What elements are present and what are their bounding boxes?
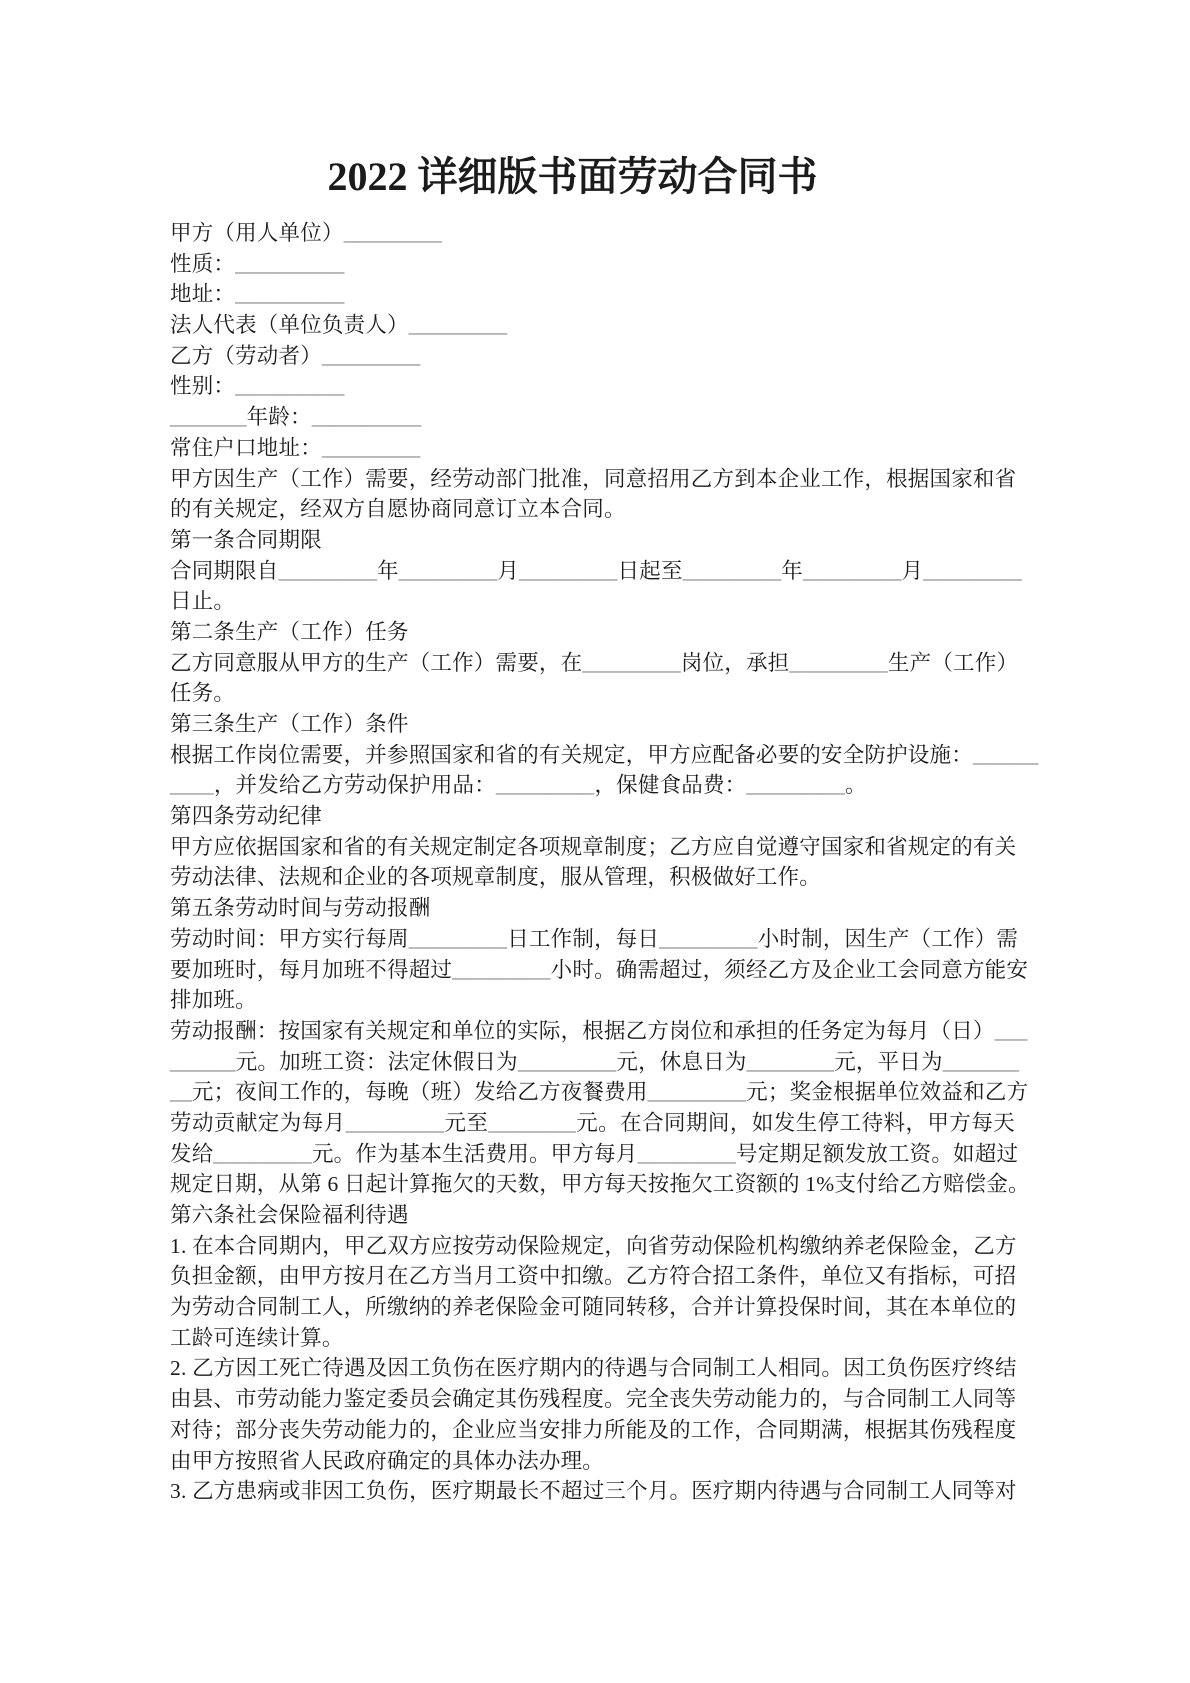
text-segment: 日止。	[170, 589, 235, 613]
text-segment: 月	[902, 559, 924, 583]
text-segment: 甲方应依据国家和省的有关规定制定各项规章制度；乙方应自觉遵守国家和省规定的有关	[170, 835, 1016, 859]
document-title: 2022 详细版书面劳动合同书	[150, 152, 995, 202]
text-segment: 元至	[444, 1111, 488, 1135]
document-line: 工龄可连续计算。	[170, 1323, 1015, 1354]
text-segment: 日起至	[618, 559, 683, 583]
blank-field: ____	[170, 773, 214, 797]
text-segment: 第六条社会保险福利待遇	[170, 1203, 409, 1227]
blank-field: _______	[943, 1050, 1020, 1074]
document-content: 2022 详细版书面劳动合同书 甲方（用人单位）_________性质：____…	[170, 152, 1015, 1507]
blank-field: _________	[409, 927, 508, 951]
document-line: 第三条生产（工作）条件	[170, 709, 1015, 740]
text-segment: 法人代表（单位负责人）	[170, 313, 409, 337]
text-segment: 生产（工作）	[888, 651, 1018, 675]
document-line: 的有关规定，经双方自愿协商同意订立本合同。	[170, 494, 1015, 525]
text-segment: 甲方因生产（工作）需要，经劳动部门批准，同意招用乙方到本企业工作，根据国家和省	[170, 467, 1016, 491]
document-line: 为劳动合同制工人，所缴纳的养老保险金可随同转移，合并计算投保时间，其在本单位的	[170, 1292, 1015, 1323]
document-line: 任务。	[170, 678, 1015, 709]
document-line: 合同期限自_________年_________月_________日起至___…	[170, 556, 1015, 587]
blank-field: _________	[322, 344, 421, 368]
text-segment: 性别：	[170, 374, 235, 398]
document-line: 性质：__________	[170, 249, 1015, 280]
text-segment: 任务。	[170, 681, 235, 705]
blank-field: _________	[923, 559, 1022, 583]
document-line: 劳动报酬：按国家有关规定和单位的实际，根据乙方岗位和承担的任务定为每月（日）__…	[170, 1016, 1015, 1047]
blank-field: ________	[488, 1111, 576, 1135]
blank-field: _________	[496, 773, 595, 797]
blank-field: _________	[582, 651, 681, 675]
document-line: 第六条社会保险福利待遇	[170, 1200, 1015, 1231]
blank-field: _________	[344, 221, 443, 245]
document-line: 地址：__________	[170, 279, 1015, 310]
text-segment: 元，休息日为	[616, 1050, 746, 1074]
blank-field: __________	[235, 252, 345, 276]
text-segment: 第三条生产（工作）条件	[170, 712, 409, 736]
document-line: 要加班时，每月加班不得超过_________小时。确需超过，须经乙方及企业工会同…	[170, 955, 1015, 986]
document-line: 第二条生产（工作）任务	[170, 617, 1015, 648]
text-segment: 常住户口地址：	[170, 436, 322, 460]
text-segment: 第四条劳动纪律	[170, 804, 322, 828]
document-body: 甲方（用人单位）_________性质：__________地址：_______…	[170, 218, 1015, 1507]
blank-field: _________	[789, 651, 888, 675]
text-segment: 元；夜间工作的，每晚（班）发给乙方夜餐费用	[192, 1080, 648, 1104]
text-segment: 日工作制，每日	[507, 927, 659, 951]
document-line: 负担金额，由甲方按月在乙方当月工资中扣缴。乙方符合招工条件，单位又有指标，可招	[170, 1261, 1015, 1292]
blank-field: _________	[322, 436, 421, 460]
text-segment: 工龄可连续计算。	[170, 1326, 344, 1350]
blank-field: _________	[519, 559, 618, 583]
text-segment: 的有关规定，经双方自愿协商同意订立本合同。	[170, 497, 626, 521]
document-line: 由甲方按照省人民政府确定的具体办法办理。	[170, 1446, 1015, 1477]
document-line: 对待；部分丧失劳动能力的，企业应当安排力所能及的工作，合同期满，根据其伤残程度	[170, 1415, 1015, 1446]
text-segment: 3. 乙方患病或非因工负伤，医疗期最长不超过三个月。医疗期内待遇与合同制工人同等…	[170, 1479, 1017, 1503]
blank-field: _________	[409, 313, 508, 337]
text-segment: 要加班时，每月加班不得超过	[170, 958, 452, 982]
text-segment: 1. 在本合同期内，甲乙双方应按劳动保险规定，向省劳动保险机构缴纳养老保险金，乙…	[170, 1234, 1017, 1258]
blank-field: _________	[399, 559, 498, 583]
blank-field: ______	[973, 743, 1039, 767]
document-line: 甲方应依据国家和省的有关规定制定各项规章制度；乙方应自觉遵守国家和省规定的有关	[170, 832, 1015, 863]
document-line: __元；夜间工作的，每晚（班）发给乙方夜餐费用_________元；奖金根据单位…	[170, 1077, 1015, 1108]
document-line: 劳动贡献定为每月_________元至________元。在合同期间，如发生停工…	[170, 1108, 1015, 1139]
text-segment: 元；奖金根据单位效益和乙方	[746, 1080, 1028, 1104]
document-line: 1. 在本合同期内，甲乙双方应按劳动保险规定，向省劳动保险机构缴纳养老保险金，乙…	[170, 1231, 1015, 1262]
blank-field: _________	[452, 958, 551, 982]
document-line: 由县、市劳动能力鉴定委员会确定其伤残程度。完全丧失劳动能力的，与合同制工人同等	[170, 1384, 1015, 1415]
text-segment: 排加班。	[170, 988, 257, 1012]
text-segment: 元。作为基本生活费用。甲方每月	[312, 1142, 638, 1166]
text-segment: 由县、市劳动能力鉴定委员会确定其伤残程度。完全丧失劳动能力的，与合同制工人同等	[170, 1387, 1016, 1411]
text-segment: 年	[377, 559, 399, 583]
document-line: 日止。	[170, 586, 1015, 617]
document-line: 甲方（用人单位）_________	[170, 218, 1015, 249]
document-line: 3. 乙方患病或非因工负伤，医疗期最长不超过三个月。医疗期内待遇与合同制工人同等…	[170, 1476, 1015, 1507]
document-line: 法人代表（单位负责人）_________	[170, 310, 1015, 341]
document-line: 乙方同意服从甲方的生产（工作）需要，在_________岗位，承担_______…	[170, 648, 1015, 679]
blank-field: _________	[803, 559, 902, 583]
blank-field: _________	[683, 559, 782, 583]
text-segment: 年	[781, 559, 803, 583]
text-segment: 劳动报酬：按国家有关规定和单位的实际，根据乙方岗位和承担的任务定为每月（日）	[170, 1019, 995, 1043]
blank-field: _________	[648, 1080, 747, 1104]
text-segment: 地址：	[170, 282, 235, 306]
text-segment: 甲方（用人单位）	[170, 221, 344, 245]
document-line: 第四条劳动纪律	[170, 801, 1015, 832]
text-segment: 2. 乙方因工死亡待遇及因工负伤在医疗期内的待遇与合同制工人相同。因工负伤医疗终…	[170, 1356, 1017, 1380]
document-line: 第五条劳动时间与劳动报酬	[170, 893, 1015, 924]
document-line: 常住户口地址：_________	[170, 433, 1015, 464]
blank-field: __________	[235, 374, 345, 398]
text-segment: 元。在合同期间，如发生停工待料，甲方每天	[576, 1111, 1015, 1135]
text-segment: 岗位，承担	[681, 651, 790, 675]
document-line: 乙方（劳动者）_________	[170, 341, 1015, 372]
blank-field: ______	[170, 1050, 236, 1074]
document-line: 性别：__________	[170, 371, 1015, 402]
text-segment: 第二条生产（工作）任务	[170, 620, 409, 644]
text-segment: ，并发给乙方劳动保护用品：	[214, 773, 496, 797]
blank-field: _________	[637, 1142, 736, 1166]
text-segment: 规定日期，从第 6 日起计算拖欠的天数，甲方每天按拖欠工资额的 1%支付给乙方赔…	[170, 1172, 1030, 1196]
text-segment: ，保健食品费：	[594, 773, 746, 797]
text-segment: 第一条合同期限	[170, 528, 322, 552]
text-segment: 小时。确需超过，须经乙方及企业工会同意方能安	[551, 958, 1028, 982]
text-segment: 为劳动合同制工人，所缴纳的养老保险金可随同转移，合并计算投保时间，其在本单位的	[170, 1295, 1016, 1319]
document-line: ____，并发给乙方劳动保护用品：_________，保健食品费：_______…	[170, 770, 1015, 801]
document-line: 发给_________元。作为基本生活费用。甲方每月_________号定期足额…	[170, 1139, 1015, 1170]
document-line: 排加班。	[170, 985, 1015, 1016]
text-segment: 年龄：	[247, 405, 312, 429]
text-segment: 月	[497, 559, 519, 583]
text-segment: 元，平日为	[834, 1050, 943, 1074]
blank-field: __	[170, 1080, 192, 1104]
blank-field: _________	[279, 559, 378, 583]
text-segment: 发给	[170, 1142, 213, 1166]
blank-field: __________	[235, 282, 345, 306]
text-segment: 元。加班工资：法定休假日为	[236, 1050, 518, 1074]
document-line: _______年龄：__________	[170, 402, 1015, 433]
blank-field: ___	[995, 1019, 1028, 1043]
blank-field: ________	[747, 1050, 835, 1074]
text-segment: 。	[845, 773, 867, 797]
blank-field: _______	[170, 405, 247, 429]
blank-field: _________	[346, 1111, 445, 1135]
text-segment: 第五条劳动时间与劳动报酬	[170, 896, 430, 920]
document-line: 甲方因生产（工作）需要，经劳动部门批准，同意招用乙方到本企业工作，根据国家和省	[170, 464, 1015, 495]
text-segment: 对待；部分丧失劳动能力的，企业应当安排力所能及的工作，合同期满，根据其伤残程度	[170, 1418, 1016, 1442]
text-segment: 乙方同意服从甲方的生产（工作）需要，在	[170, 651, 582, 675]
text-segment: 性质：	[170, 252, 235, 276]
blank-field: _________	[213, 1142, 312, 1166]
document-line: 根据工作岗位需要，并参照国家和省的有关规定，甲方应配备必要的安全防护设施：___…	[170, 740, 1015, 771]
text-segment: 由甲方按照省人民政府确定的具体办法办理。	[170, 1449, 604, 1473]
blank-field: _________	[659, 927, 758, 951]
document-line: ______元。加班工资：法定休假日为_________元，休息日为______…	[170, 1047, 1015, 1078]
document-line: 2. 乙方因工死亡待遇及因工负伤在医疗期内的待遇与合同制工人相同。因工负伤医疗终…	[170, 1353, 1015, 1384]
text-segment: 负担金额，由甲方按月在乙方当月工资中扣缴。乙方符合招工条件，单位又有指标，可招	[170, 1264, 1016, 1288]
text-segment: 劳动时间：甲方实行每周	[170, 927, 409, 951]
text-segment: 号定期足额发放工资。如超过	[736, 1142, 1018, 1166]
text-segment: 劳动贡献定为每月	[170, 1111, 346, 1135]
blank-field: __________	[312, 405, 422, 429]
text-segment: 合同期限自	[170, 559, 279, 583]
blank-field: _________	[518, 1050, 617, 1074]
document-page: 2022 详细版书面劳动合同书 甲方（用人单位）_________性质：____…	[0, 0, 1190, 1683]
text-segment: 乙方（劳动者）	[170, 344, 322, 368]
text-segment: 小时制，因生产（工作）需	[758, 927, 1018, 951]
document-line: 第一条合同期限	[170, 525, 1015, 556]
text-segment: 劳动法律、法规和企业的各项规章制度，服从管理，积极做好工作。	[170, 865, 821, 889]
document-line: 规定日期，从第 6 日起计算拖欠的天数，甲方每天按拖欠工资额的 1%支付给乙方赔…	[170, 1169, 1015, 1200]
blank-field: _________	[746, 773, 845, 797]
document-line: 劳动法律、法规和企业的各项规章制度，服从管理，积极做好工作。	[170, 862, 1015, 893]
document-line: 劳动时间：甲方实行每周_________日工作制，每日_________小时制，…	[170, 924, 1015, 955]
text-segment: 根据工作岗位需要，并参照国家和省的有关规定，甲方应配备必要的安全防护设施：	[170, 743, 973, 767]
